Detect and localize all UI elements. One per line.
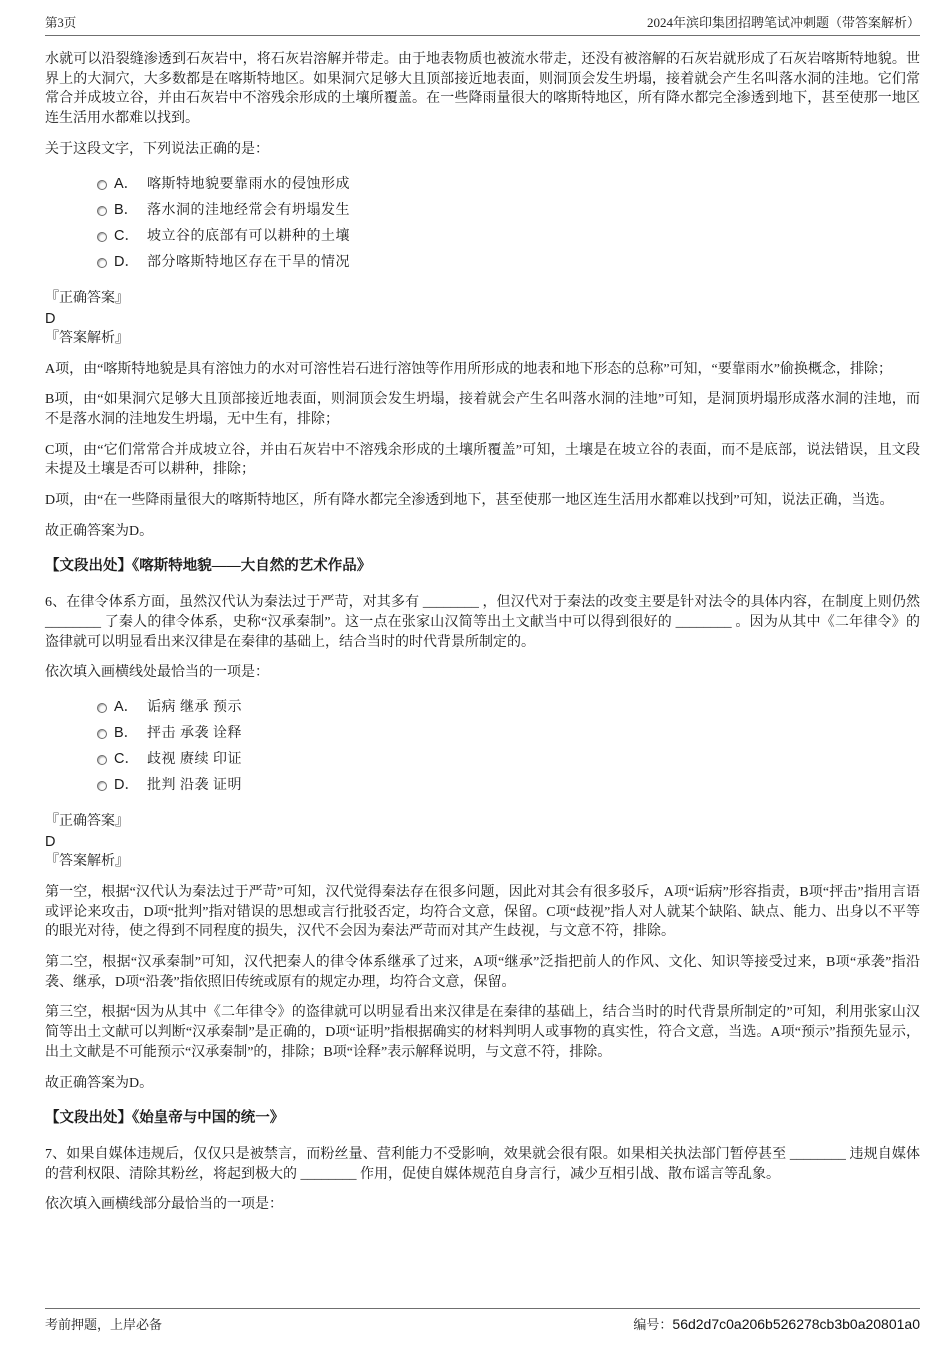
q5-option-c[interactable]: C． 坡立谷的底部有可以耕种的土壤 [97, 224, 920, 250]
footer-slogan: 考前押题，上岸必备 [45, 1314, 162, 1333]
option-text: 坡立谷的底部有可以耕种的土壤 [147, 227, 350, 247]
q6-analysis-blank2: 第二空，根据“汉承秦制”可知，汉代把秦人的律令体系继承了过来，A项“继承”泛指把… [45, 953, 920, 992]
q6-analysis-blank3: 第三空，根据“因为从其中《二年律令》的盗律就可以明显看出来汉律是在秦律的基础上，… [45, 1003, 920, 1062]
page-header: 第3页 2024年滨印集团招聘笔试冲刺题（带答案解析） [45, 12, 920, 36]
option-text: 部分喀斯特地区存在干旱的情况 [147, 253, 350, 273]
q6-source: 【文段出处】《始皇帝与中国的统一》 [45, 1109, 920, 1129]
option-letter: D． [114, 253, 147, 273]
q5-passage: 水就可以沿裂缝渗透到石灰岩中，将石灰岩溶解并带走。由于地表物质也被流水带走，还没… [45, 50, 920, 129]
q6-analysis-blank1: 第一空，根据“汉代认为秦法过于严苛”可知，汉代觉得秦法存在很多问题，因此对其会有… [45, 883, 920, 942]
option-text: 喀斯特地貌要靠雨水的侵蚀形成 [147, 175, 350, 195]
option-letter: A． [114, 175, 147, 195]
option-text: 诟病 继承 预示 [147, 698, 242, 718]
radio-button-icon[interactable] [97, 180, 107, 190]
correct-answer-label: 『正确答案』 [45, 812, 920, 832]
q5-option-a[interactable]: A． 喀斯特地貌要靠雨水的侵蚀形成 [97, 172, 920, 198]
q6-stem: 6、在律令体系方面，虽然汉代认为秦法过于严苛，对其多有 ________ ，但汉… [45, 593, 920, 652]
q6-options: A． 诟病 继承 预示 B． 抨击 承袭 诠释 C． 歧视 赓续 印证 D． 批… [97, 695, 920, 799]
document-title: 2024年滨印集团招聘笔试冲刺题（带答案解析） [647, 12, 920, 31]
footer-id-value: 56d2d7c0a206b526278cb3b0a20801a0 [672, 1316, 920, 1332]
option-letter: B． [114, 201, 147, 221]
q7-stem: 7、如果自媒体违规后，仅仅只是被禁言，而粉丝量、营利能力不受影响，效果就会很有限… [45, 1145, 920, 1184]
radio-button-icon[interactable] [97, 729, 107, 739]
q5-stem: 关于这段文字，下列说法正确的是： [45, 140, 920, 160]
option-letter: D． [114, 776, 147, 796]
option-letter: C． [114, 227, 147, 247]
q5-option-d[interactable]: D． 部分喀斯特地区存在干旱的情况 [97, 250, 920, 276]
footer-document-id: 编号：56d2d7c0a206b526278cb3b0a20801a0 [633, 1314, 920, 1333]
q5-options: A． 喀斯特地貌要靠雨水的侵蚀形成 B． 落水洞的洼地经常会有坍塌发生 C． 坡… [97, 172, 920, 276]
q6-option-d[interactable]: D． 批判 沿袭 证明 [97, 773, 920, 799]
q5-analysis-a: A项，由“喀斯特地貌是具有溶蚀力的水对可溶性岩石进行溶蚀等作用所形成的地表和地下… [45, 360, 920, 380]
correct-answer-value: D [45, 309, 920, 329]
analysis-label: 『答案解析』 [45, 852, 920, 872]
q5-source: 【文段出处】《喀斯特地貌——大自然的艺术作品》 [45, 557, 920, 577]
q6-option-a[interactable]: A． 诟病 继承 预示 [97, 695, 920, 721]
q5-option-b[interactable]: B． 落水洞的洼地经常会有坍塌发生 [97, 198, 920, 224]
option-letter: A． [114, 698, 147, 718]
page-number: 第3页 [45, 13, 76, 31]
q5-analysis-d: D项，由“在一些降雨量很大的喀斯特地区，所有降水都完全渗透到地下，甚至使那一地区… [45, 491, 920, 511]
q6-option-b[interactable]: B． 抨击 承袭 诠释 [97, 721, 920, 747]
q5-analysis-b: B项，由“如果洞穴足够大且顶部接近地表面，则洞顶会发生坍塌，接着就会产生名叫落水… [45, 390, 920, 429]
radio-button-icon[interactable] [97, 258, 107, 268]
q5-analysis-conclusion: 故正确答案为D。 [45, 522, 920, 542]
radio-button-icon[interactable] [97, 755, 107, 765]
q7-instruction: 依次填入画横线部分最恰当的一项是： [45, 1195, 920, 1215]
radio-button-icon[interactable] [97, 781, 107, 791]
option-letter: C． [114, 750, 147, 770]
option-text: 抨击 承袭 诠释 [147, 724, 242, 744]
analysis-label: 『答案解析』 [45, 329, 920, 349]
q5-answer-block: 『正确答案』 D 『答案解析』 [45, 289, 920, 349]
q6-option-c[interactable]: C． 歧视 赓续 印证 [97, 747, 920, 773]
option-text: 批判 沿袭 证明 [147, 776, 242, 796]
q6-answer-block: 『正确答案』 D 『答案解析』 [45, 812, 920, 872]
page-body: 水就可以沿裂缝渗透到石灰岩中，将石灰岩溶解并带走。由于地表物质也被流水带走，还没… [45, 50, 920, 1215]
radio-button-icon[interactable] [97, 232, 107, 242]
footer-id-label: 编号： [633, 1317, 672, 1332]
document-page: 第3页 2024年滨印集团招聘笔试冲刺题（带答案解析） 水就可以沿裂缝渗透到石灰… [0, 0, 950, 1345]
q6-analysis-conclusion: 故正确答案为D。 [45, 1074, 920, 1094]
radio-button-icon[interactable] [97, 703, 107, 713]
q6-instruction: 依次填入画横线处最恰当的一项是： [45, 663, 920, 683]
option-text: 歧视 赓续 印证 [147, 750, 242, 770]
correct-answer-value: D [45, 832, 920, 852]
page-footer: 考前押题，上岸必备 编号：56d2d7c0a206b526278cb3b0a20… [45, 1308, 920, 1333]
correct-answer-label: 『正确答案』 [45, 289, 920, 309]
radio-button-icon[interactable] [97, 206, 107, 216]
option-text: 落水洞的洼地经常会有坍塌发生 [147, 201, 350, 221]
option-letter: B． [114, 724, 147, 744]
q5-analysis-c: C项，由“它们常常合并成坡立谷，并由石灰岩中不溶残余形成的土壤所覆盖”可知，土壤… [45, 441, 920, 480]
